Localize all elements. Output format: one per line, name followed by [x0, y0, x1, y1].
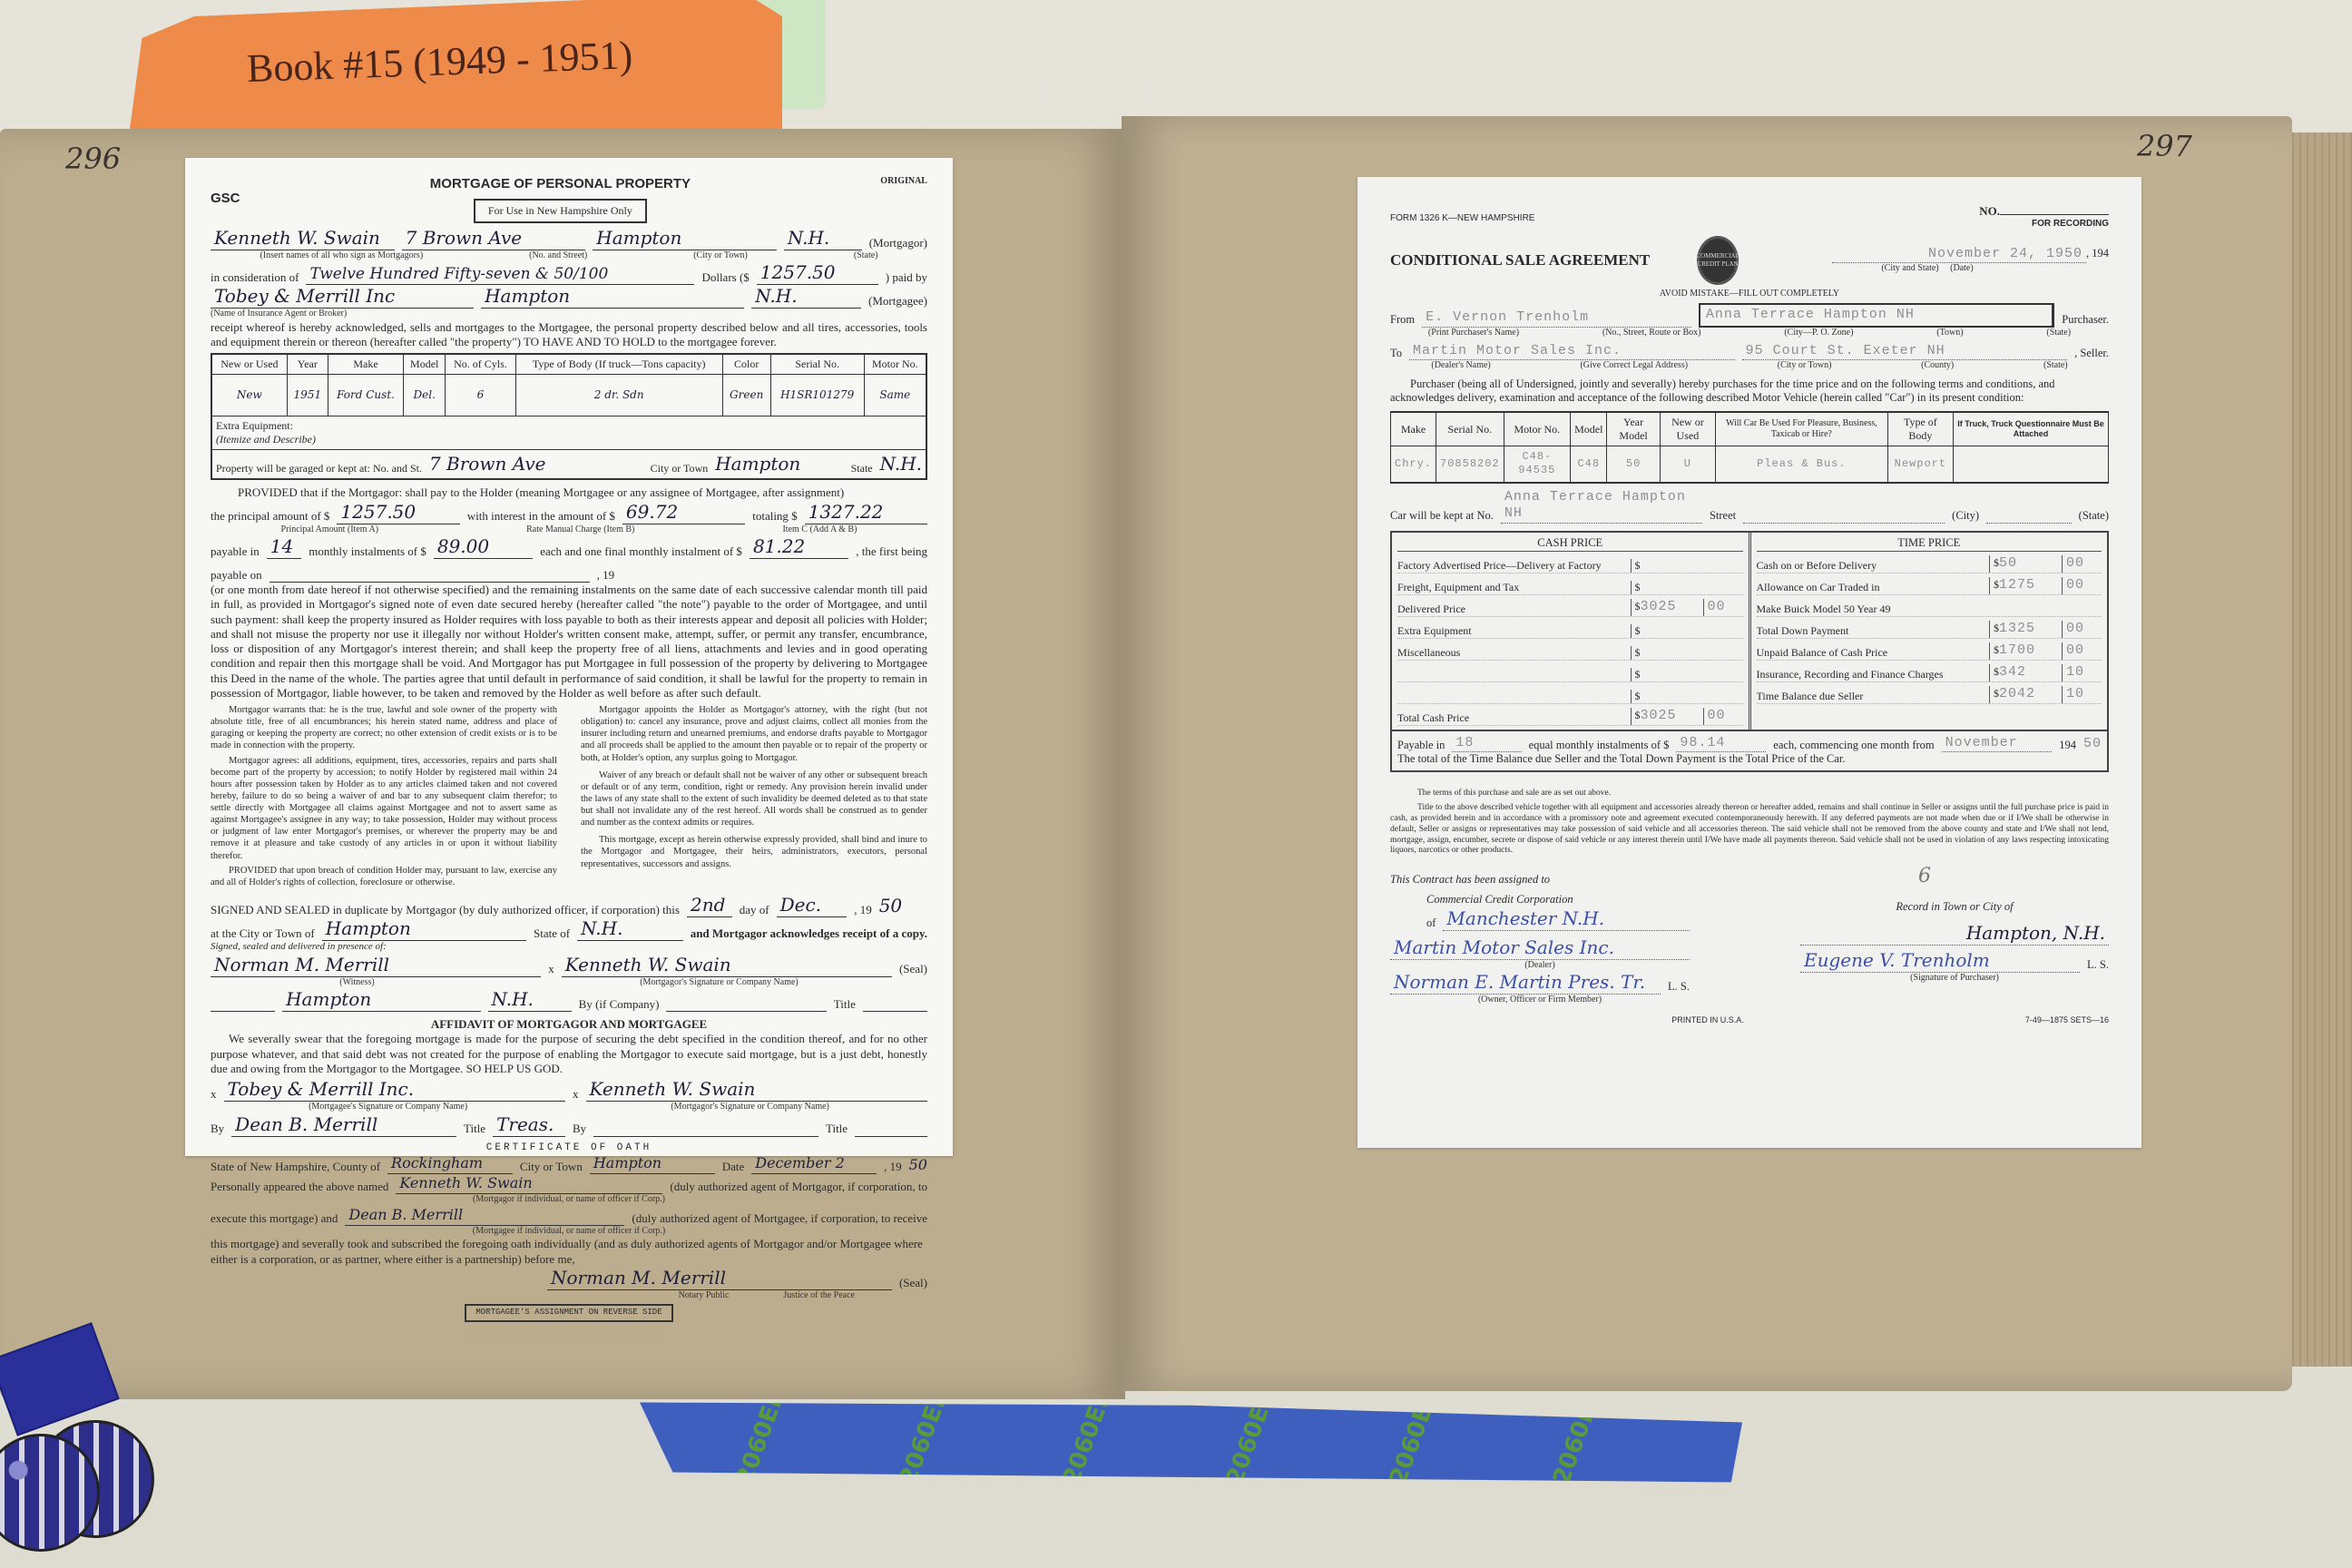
vt-cell: 6	[446, 375, 515, 416]
interest-amount: 69.72	[622, 501, 745, 524]
monthly-amount: 89.00	[434, 535, 533, 559]
from-label: From	[1390, 313, 1415, 328]
vt-cell: New	[211, 375, 287, 416]
open-ledger-book: 296 GSC MORTGAGE OF PERSONAL PROPERTY Fo…	[0, 116, 2352, 1405]
paid-by-label: ) paid by	[886, 270, 927, 285]
witness-state: N.H.	[488, 988, 572, 1012]
witness-city: Hampton	[282, 988, 480, 1012]
for-recording: FOR RECORDING	[1979, 219, 2109, 230]
witness-signature: Norman M. Merrill	[211, 954, 541, 977]
breach-clause: PROVIDED that upon breach of condition H…	[211, 865, 557, 888]
cash-price-title: CASH PRICE	[1397, 536, 1743, 552]
aff-mortgagor-caption: (Mortgagor's Signature or Company Name)	[671, 1102, 829, 1113]
price-line: Allowance on Car Traded in$127500	[1757, 573, 2102, 595]
dealer-caption: (Dealer's Name)	[1431, 360, 1490, 372]
appeared-caption: (Mortgagor if individual, or name of off…	[211, 1194, 927, 1206]
warranty-clause: Mortgagor warrants that: he is the true,…	[211, 704, 557, 752]
payable-on-label: payable on	[211, 568, 262, 583]
aff-mortgagee-caption: (Mortgagee's Signature or Company Name)	[309, 1102, 467, 1113]
provided-text: PROVIDED that if the Mortgagor: shall pa…	[211, 485, 927, 500]
agreement-clause: Mortgagor agrees: all additions, equipme…	[211, 755, 557, 862]
seal-label: (Seal)	[899, 962, 927, 976]
date-caption: (Date)	[1950, 263, 1974, 273]
seller-suffix: , Seller.	[2074, 347, 2109, 361]
appeared-tail: (duly authorized agent of Mortgagor, if …	[670, 1180, 927, 1194]
left-page-number: 296	[65, 142, 121, 176]
certificate-title: CERTIFICATE OF OATH	[211, 1142, 927, 1155]
aff-mortgagee-signature: Tobey & Merrill Inc.	[224, 1078, 566, 1102]
svt-cell: 50	[1607, 446, 1660, 483]
vt-header: New or Used	[211, 354, 287, 375]
price-line: Delivered Price$302500	[1397, 595, 1743, 617]
sale-title: CONDITIONAL SALE AGREEMENT	[1390, 250, 1690, 269]
vt-cell: Ford Cust.	[328, 375, 403, 416]
cash-price-section: CASH PRICE Factory Advertised Price—Deli…	[1392, 533, 1749, 730]
no-label: NO.	[1979, 204, 2000, 218]
at-city-label: at the City or Town of	[211, 926, 315, 941]
payable-label: Payable in	[1397, 739, 1445, 753]
dealer-addr-caption: (Give Correct Legal Address)	[1580, 360, 1688, 372]
mortgagee-label: (Mortgagee)	[868, 294, 927, 309]
svt-header: Serial No.	[1436, 412, 1504, 446]
first-being: , the first being	[856, 544, 927, 559]
record-label: Record in Town or City of	[1800, 900, 2109, 915]
price-line: Total Cash Price$302500	[1397, 704, 1743, 726]
cert-year-prefix: , 19	[884, 1160, 902, 1174]
caption-names: (Insert names of all who sign as Mortgag…	[260, 250, 423, 262]
assigned-label: This Contract has been assigned to	[1390, 873, 1690, 887]
svt-header: If Truck, Truck Questionnaire Must Be At…	[1954, 412, 2109, 446]
assignee-city: Manchester N.H.	[1443, 907, 1690, 931]
cert-county: Rockingham	[387, 1154, 513, 1174]
svt-header: Type of Body	[1887, 412, 1953, 446]
consideration-label: in consideration of	[211, 270, 299, 285]
addr-caption: (Town)	[1936, 328, 1963, 339]
archive-photo: Book #15 (1949 - 1951) 296 GSC MORTGAGE …	[0, 0, 2352, 1568]
to-label: To	[1390, 347, 1402, 361]
vt-header: Motor No.	[864, 354, 926, 375]
mortgage-document: GSC MORTGAGE OF PERSONAL PROPERTY For Us…	[185, 158, 953, 1156]
mortgagor-name: Kenneth W. Swain	[211, 227, 395, 250]
vt-header: Serial No.	[770, 354, 864, 375]
aff-title-label: Title	[464, 1122, 485, 1136]
vt-header: Year	[287, 354, 328, 375]
purchaser-suffix: Purchaser.	[2062, 313, 2109, 328]
execute-name: Dean B. Merrill	[345, 1206, 624, 1226]
mortgagor-city: Hampton	[593, 227, 777, 250]
dealer-sig-caption: (Dealer)	[1390, 960, 1690, 972]
svt-cell: Pleas & Bus.	[1716, 446, 1888, 483]
mortgage-title: MORTGAGE OF PERSONAL PROPERTY	[430, 176, 691, 193]
reverse-side-box: MORTGAGEE'S ASSIGNMENT ON REVERSE SIDE	[465, 1304, 672, 1321]
kept-city: (City)	[1952, 509, 1979, 524]
binding-clause: This mortgage, except as herein otherwis…	[581, 834, 927, 869]
form-code-footer: 7-49—1875 SETS—16	[2025, 1015, 2109, 1025]
record-city: Hampton, N.H.	[1800, 922, 2109, 946]
notary-seal: (Seal)	[899, 1276, 927, 1290]
state-of: N.H.	[577, 917, 683, 941]
signed-day: 2nd	[687, 894, 732, 917]
payable-mid: equal monthly instalments of $	[1529, 739, 1670, 753]
price-line: Miscellaneous$	[1397, 639, 1743, 661]
garaged-label: Property will be garaged or kept at: No.…	[216, 462, 422, 475]
purchaser-name: E. Vernon Trenholm	[1422, 309, 1691, 328]
by-company-label: By (if Company)	[579, 997, 660, 1012]
cert-city-label: City or Town	[520, 1160, 583, 1174]
dealer-addr-caption: (County)	[1921, 360, 1954, 372]
price-line: Time Balance due Seller$204210	[1757, 682, 2102, 704]
vt-header: Model	[404, 354, 446, 375]
kept-state: (State)	[2079, 509, 2109, 524]
purchaser-sig-caption: (Signature of Purchaser)	[1800, 973, 2109, 985]
vt-cell: 1951	[287, 375, 328, 416]
consideration-words: Twelve Hundred Fifty-seven & 50/100	[306, 265, 694, 285]
payable-tail: each, commencing one month from	[1773, 739, 1934, 753]
principal-amount: 1257.50	[337, 501, 459, 524]
svt-cell: U	[1660, 446, 1715, 483]
payable-in-label: payable in	[211, 544, 260, 559]
svt-header: Year Model	[1607, 412, 1660, 446]
total-price-note: The total of the Time Balance due Seller…	[1397, 752, 2102, 767]
terms-line-2: Title to the above described vehicle tog…	[1390, 803, 2109, 857]
pencil-margin-mark: 6	[1918, 864, 1931, 889]
dealer-name: Martin Motor Sales Inc.	[1409, 343, 1735, 361]
garaged-state: N.H.	[880, 453, 922, 475]
scope-box: For Use in New Hampshire Only	[474, 199, 647, 223]
grant-text: receipt whereof is hereby acknowledged, …	[211, 320, 927, 350]
interest-label: with interest in the amount of $	[467, 509, 615, 524]
copy-label: ORIGINAL	[880, 176, 927, 188]
final-amount: 81.22	[750, 535, 848, 559]
mortgagor-label: (Mortgagor)	[869, 236, 927, 250]
form-code: GSC	[211, 191, 240, 208]
addr-caption: (State)	[2046, 328, 2071, 339]
commercial-credit-logo-icon: COMMERCIAL CREDIT PLAN	[1697, 236, 1739, 285]
right-page-number: 297	[2137, 129, 2192, 163]
vt-cell: Same	[864, 375, 926, 416]
appeared-label: Personally appeared the above named	[211, 1180, 388, 1194]
mortgagee-city: Hampton	[481, 285, 744, 309]
svt-header: New or Used	[1660, 412, 1715, 446]
dealer-address: 95 Court St. Exeter NH	[1742, 343, 2068, 361]
caption-interest: Rate Manual Charge (Item B)	[526, 524, 634, 536]
svt-cell: Chry.	[1391, 446, 1436, 483]
svt-cell: C48	[1571, 446, 1607, 483]
caption-street: (No. and Street)	[529, 250, 587, 262]
justice-caption: Justice of the Peace	[783, 1290, 855, 1302]
time-price-section: TIME PRICE Cash on or Before Delivery$50…	[1749, 533, 2108, 730]
printed-label: PRINTED IN U.S.A.	[1671, 1015, 1744, 1025]
mortgagor-signature: Kenneth W. Swain	[562, 954, 892, 977]
oath-text: this mortgage) and severally took and su…	[211, 1237, 927, 1267]
mortgagor-state: N.H.	[784, 227, 862, 250]
aff-title: Treas.	[493, 1113, 565, 1137]
table-row: Chry. 70858202 C48-94535 C48 50 U Pleas …	[1391, 446, 2109, 483]
extra-equipment-label: Extra Equipment:	[216, 419, 922, 433]
caption-agent: (Name of Insurance Agent or Broker)	[211, 309, 927, 320]
price-line: Extra Equipment$	[1397, 617, 1743, 639]
ls-label: L. S.	[1668, 980, 1690, 995]
attorney-clause: Mortgagor appoints the Holder as Mortgag…	[581, 704, 927, 764]
caption-total: Item C (Add A & B)	[782, 524, 857, 536]
officer-caption: (Owner, Officer or Firm Member)	[1390, 995, 1690, 1006]
svt-cell: 70858202	[1436, 446, 1504, 483]
dealer-addr-caption: (State)	[2043, 360, 2068, 372]
svt-header: Motor No.	[1504, 412, 1570, 446]
body-text: (or one month from date hereof if not ot…	[211, 583, 927, 701]
title-label: Title	[834, 997, 856, 1012]
aff-title-label-2: Title	[826, 1122, 848, 1136]
price-line: Cash on or Before Delivery$5000	[1757, 552, 2102, 573]
terms-line-1: The terms of this purchase and sale are …	[1390, 789, 2109, 799]
vt-header: Color	[722, 354, 770, 375]
cert-year: 50	[909, 1156, 927, 1174]
execute-caption: (Mortgagee if individual, or name of off…	[211, 1226, 927, 1238]
aff-by-label: By	[211, 1122, 224, 1136]
sale-year-prefix: , 194	[2086, 247, 2109, 260]
vt-cell: Green	[722, 375, 770, 416]
vt-header: Type of Body (If truck—Tons capacity)	[515, 354, 722, 375]
officer-signature: Norman E. Martin Pres. Tr.	[1390, 971, 1661, 995]
ls-label: L. S.	[2087, 958, 2109, 973]
mortgagee-state: N.H.	[751, 285, 861, 309]
totaling-label: totaling $	[752, 509, 797, 524]
aff-by-signature: Dean B. Merrill	[231, 1113, 456, 1137]
payable-year-prefix: 194	[2059, 739, 2076, 753]
signed-year: 50	[879, 895, 902, 917]
price-line: Total Down Payment$132500	[1757, 617, 2102, 639]
dollars-label: Dollars ($	[701, 270, 749, 285]
notary-signature: Norman M. Merrill	[547, 1267, 892, 1290]
blue-painters-tape: 2060EL 2060EL 2060EL 2060EL 2060EL 2060E…	[640, 1397, 1742, 1497]
year-prefix: , 19	[597, 568, 615, 583]
svt-header: Make	[1391, 412, 1436, 446]
price-line: $	[1397, 661, 1743, 682]
vt-header: Make	[328, 354, 403, 375]
vt-cell: 2 dr. Sdn	[515, 375, 722, 416]
price-line: Factory Advertised Price—Delivery at Fac…	[1397, 552, 1743, 573]
vt-cell: Del.	[404, 375, 446, 416]
time-price-title: TIME PRICE	[1757, 536, 2102, 552]
presence-label: Signed, sealed and delivered in presence…	[211, 941, 927, 954]
aff-by-label-2: By	[573, 1122, 586, 1136]
left-page: 296 GSC MORTGAGE OF PERSONAL PROPERTY Fo…	[0, 129, 1125, 1399]
execute-tail: (duly authorized agent of Mortgagee, if …	[632, 1211, 927, 1226]
kept-street: Street	[1710, 509, 1736, 524]
purchaser-address: Anna Terrace Hampton NH	[1699, 303, 2054, 328]
signed-label: SIGNED AND SEALED in duplicate by Mortga…	[211, 903, 680, 917]
day-of-label: day of	[740, 903, 769, 917]
assignee-name: Commercial Credit Corporation	[1426, 893, 1690, 907]
garaged-city: Hampton	[715, 453, 843, 475]
avoid-mistake: AVOID MISTAKE—FILL OUT COMPLETELY	[1390, 289, 2109, 300]
mortgagor-street: 7 Brown Ave	[402, 227, 586, 250]
payable-on-date	[269, 563, 590, 583]
price-line: Insurance, Recording and Finance Charges…	[1757, 661, 2102, 682]
payable-year: 50	[2083, 736, 2102, 753]
kept-address: Anna Terrace Hampton NH	[1501, 489, 1702, 524]
mortgagee-name: Tobey & Merrill Inc	[211, 285, 474, 309]
kept-label: Car will be kept at No.	[1390, 509, 1494, 524]
svt-cell	[1954, 446, 2109, 483]
vt-header: No. of Cyls.	[446, 354, 515, 375]
payable-month: November	[1942, 735, 2053, 753]
affidavit-title: AFFIDAVIT OF MORTGAGOR AND MORTGAGEE	[211, 1017, 927, 1032]
at-city: Hampton	[322, 917, 526, 941]
garaged-street: 7 Brown Ave	[429, 453, 643, 475]
svt-cell: Newport	[1887, 446, 1953, 483]
sale-date: November 24, 1950	[1832, 246, 2086, 264]
signed-month: Dec.	[777, 894, 848, 917]
cert-date: December 2	[751, 1154, 877, 1174]
signed-year-prefix: , 19	[854, 903, 872, 917]
monthly-label: monthly instalments of $	[309, 544, 426, 559]
svt-header: Model	[1571, 412, 1607, 446]
caption-principal: Principal Amount (Item A)	[281, 524, 379, 536]
dealer-addr-caption: (City or Town)	[1778, 360, 1832, 372]
purchaser-signature: Eugene V. Trenholm	[1800, 949, 2080, 973]
purchaser-name-caption: (Print Purchaser's Name)	[1428, 328, 1519, 339]
conditional-sale-document: FORM 1326 K—NEW HAMPSHIRE NO. FOR RECORD…	[1357, 177, 2141, 1148]
notary-caption: Notary Public	[679, 1290, 730, 1302]
payable-amount: 98.14	[1676, 735, 1766, 753]
price-line: Freight, Equipment and Tax$	[1397, 573, 1743, 595]
caption-city: (City or Town)	[693, 250, 748, 262]
state-of-label: State of	[534, 926, 570, 941]
price-line: $	[1397, 682, 1743, 704]
waiver-clause: Waiver of any breach or default shall no…	[581, 769, 927, 829]
witness-caption: (Witness)	[339, 977, 374, 989]
cert-state-label: State of New Hampshire, County of	[211, 1160, 380, 1174]
dealer-signature: Martin Motor Sales Inc.	[1390, 936, 1690, 960]
instalments-count: 14	[267, 535, 301, 559]
addr-caption: (City—P. O. Zone)	[1784, 328, 1853, 339]
garaged-state-label: State	[851, 462, 873, 475]
affidavit-text: We severally swear that the foregoing mo…	[211, 1032, 927, 1076]
sale-vehicle-table: Make Serial No. Motor No. Model Year Mod…	[1390, 411, 2109, 484]
aff-mortgagor-signature: Kenneth W. Swain	[586, 1078, 928, 1102]
garaged-city-label: City or Town	[651, 462, 709, 475]
ack-label: and Mortgagor acknowledges receipt of a …	[691, 926, 927, 941]
addr-caption: (No., Street, Route or Box)	[1602, 328, 1701, 339]
vt-cell: H1SR101279	[770, 375, 864, 416]
final-label: each and one final monthly instalment of…	[540, 544, 742, 559]
cert-city: Hampton	[590, 1154, 715, 1174]
of-label: of	[1426, 916, 1436, 931]
mortgagor-sig-caption: (Mortgagor's Signature or Company Name)	[640, 977, 799, 989]
city-state-caption: (City and State)	[1881, 263, 1938, 273]
consideration-amount: 1257.50	[757, 261, 878, 285]
svt-cell: C48-94535	[1504, 446, 1570, 483]
vehicle-table: New or Used Year Make Model No. of Cyls.…	[211, 353, 927, 480]
cert-date-label: Date	[722, 1160, 745, 1174]
total-amount: 1327.22	[805, 501, 927, 524]
appeared-name: Kenneth W. Swain	[396, 1174, 662, 1194]
price-box: CASH PRICE Factory Advertised Price—Deli…	[1390, 531, 2109, 731]
extra-equipment-sub: (Itemize and Describe)	[216, 433, 922, 446]
price-line: Unpaid Balance of Cash Price$170000	[1757, 639, 2102, 661]
price-line: Make Buick Model 50 Year 49	[1757, 595, 2102, 617]
principal-label: the principal amount of $	[211, 509, 329, 524]
purchase-intro: Purchaser (being all of Undersigned, joi…	[1390, 377, 2109, 406]
table-row: New 1951 Ford Cust. Del. 6 2 dr. Sdn Gre…	[211, 375, 926, 416]
svt-header: Will Car Be Used For Pleasure, Business,…	[1716, 412, 1888, 446]
caption-state: (State)	[854, 250, 878, 262]
form-number: FORM 1326 K—NEW HAMPSHIRE	[1390, 213, 1534, 225]
execute-label: execute this mortgage) and	[211, 1211, 338, 1226]
right-page: 297 FORM 1326 K—NEW HAMPSHIRE NO. FOR RE…	[1122, 116, 2292, 1391]
payable-count: 18	[1452, 735, 1521, 753]
